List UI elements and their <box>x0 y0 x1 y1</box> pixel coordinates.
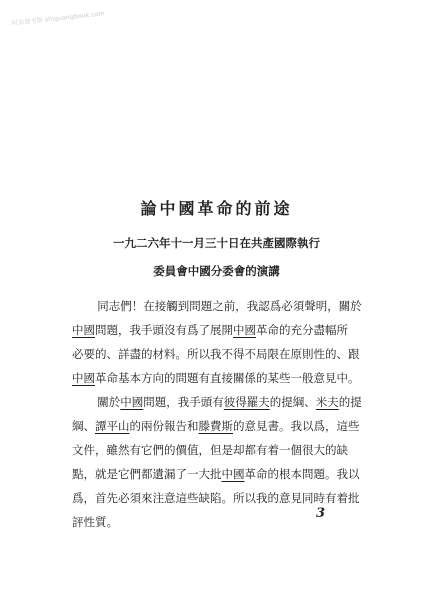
text-line: 點，就是它們都遺漏了一大批中國革命的根本問題。我以 <box>72 462 362 486</box>
text-segment: 點，就是它們都遺漏了一大批 <box>72 467 222 481</box>
underlined-name: 中國 <box>72 323 95 337</box>
underlined-name: 譚平山 <box>95 419 130 433</box>
subtitle-line-2: 委員會中國分委會的演講 <box>0 263 433 279</box>
text-segment: 的提綱、 <box>270 395 316 409</box>
text-line: 必要的、詳盡的材料。所以我不得不局限在原則性的、跟 <box>72 342 362 366</box>
underlined-name: 中國 <box>222 467 245 481</box>
paragraph: 同志們！在接觸到問題之前，我認爲必須聲明，關於中國問題，我手頭沒有爲了展開中國革… <box>72 294 362 390</box>
text-line: 文件，雖然有它們的價值，但是却都有着一個很大的缺 <box>72 438 362 462</box>
watermark: 时光图书馆 shiguangbook.com <box>12 8 106 27</box>
subtitle-line-1: 一九二六年十一月三十日在共產國際執行 <box>0 235 433 251</box>
text-segment: 文件，雖然有它們的價值，但是却都有着一個很大的缺 <box>72 443 348 457</box>
text-segment: 必要的、詳盡的材料。所以我不得不局限在原則性的、跟 <box>72 347 360 361</box>
text-segment: 的提 <box>339 395 362 409</box>
text-segment: 的意見書。我以爲，這些 <box>233 419 360 433</box>
underlined-name: 中國 <box>72 371 95 385</box>
page-number: 3 <box>316 506 325 521</box>
text-segment: 關於 <box>97 395 120 409</box>
underlined-name: 滕費斯 <box>199 419 234 433</box>
underlined-name: 米夫 <box>316 395 339 409</box>
body-text: 同志們！在接觸到問題之前，我認爲必須聲明，關於中國問題，我手頭沒有爲了展開中國革… <box>72 294 362 534</box>
text-line: 同志們！在接觸到問題之前，我認爲必須聲明，關於 <box>72 294 362 318</box>
underlined-name: 中國 <box>233 323 256 337</box>
text-line: 綱、譚平山的兩份報告和滕費斯的意見書。我以爲，這些 <box>72 414 362 438</box>
text-segment: 的兩份報告和 <box>130 419 199 433</box>
text-line: 中國問題，我手頭沒有爲了展開中國革命的充分盡幅所 <box>72 318 362 342</box>
text-segment: 同志們！在接觸到問題之前，我認爲必須聲明，關於 <box>97 299 362 313</box>
underlined-name: 彼得羅夫 <box>224 395 270 409</box>
text-segment: 革命的充分盡幅所 <box>256 323 348 337</box>
text-line: 關於中國問題，我手頭有彼得羅夫的提綱、米夫的提 <box>72 390 362 414</box>
text-segment: 問題，我手頭有 <box>143 395 224 409</box>
text-segment: 綱、 <box>72 419 95 433</box>
text-segment: 革命的根本問題。我以 <box>245 467 360 481</box>
underlined-name: 中國 <box>120 395 143 409</box>
text-segment: 革命基本方向的問題有直接關係的某些一般意見中。 <box>95 371 360 385</box>
document-title: 論中國革命的前途 <box>0 196 433 219</box>
text-segment: 評性質。 <box>72 515 118 529</box>
text-segment: 問題，我手頭沒有爲了展開 <box>95 323 233 337</box>
text-line: 中國革命基本方向的問題有直接關係的某些一般意見中。 <box>72 366 362 390</box>
text-segment: 爲，首先必須來注意這些缺陷。所以我的意見同時有着批 <box>72 491 360 505</box>
